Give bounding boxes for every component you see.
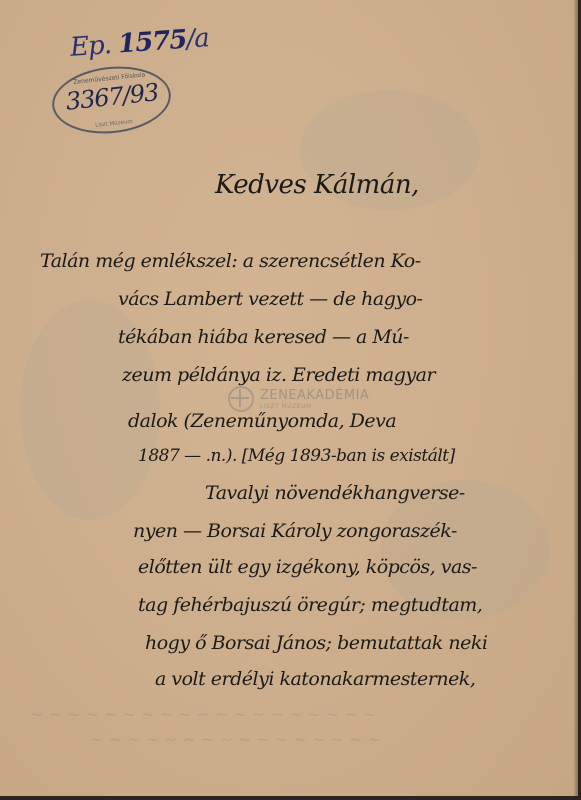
letter-salutation: Kedves Kálmán,	[215, 170, 419, 200]
letter-line: hogy ő Borsai János; bemutattak neki	[145, 632, 487, 654]
shelfmark-number: 1575	[117, 25, 187, 60]
letter-line: előtten ült egy izgékony, köpcös, vas-	[138, 556, 477, 578]
bleed-through-text: ~ ~ ~ ~ ~ ~ ~ ~ ~ ~ ~ ~ ~ ~ ~ ~	[90, 730, 381, 749]
letter-line: Talán még emlékszel: a szerencsétlen Ko-	[40, 250, 421, 272]
stamp-museum: Liszt Múzeum	[57, 115, 172, 133]
letter-line: vács Lambert vezett — de hagyo-	[118, 288, 422, 310]
letter-line: tékában hiába keresed — a Mú-	[118, 326, 409, 348]
letter-line: nyen — Borsai Károly zongoraszék-	[133, 520, 457, 542]
letter-line: Tavalyi növendékhangverse-	[205, 482, 465, 504]
bleed-through-text: ~ ~ ~ ~ ~ ~ ~ ~ ~ ~ ~ ~ ~ ~ ~ ~ ~ ~ ~	[30, 705, 376, 724]
letter-line: zeum példánya iz. Eredeti magyar	[122, 364, 435, 386]
letter-line: a volt erdélyi katonakarmesternek,	[155, 668, 475, 690]
letter-line: tag fehérbajuszú öregúr; megtudtam,	[138, 594, 482, 616]
letter-page: Ep. 1575/a Zeneművészeti Főiskola 3367/9…	[0, 0, 578, 796]
archive-shelfmark: Ep. 1575/a	[69, 23, 210, 63]
watermark-subtitle: LISZT MÚZEUM	[260, 403, 369, 410]
shelfmark-suffix: /a	[185, 23, 209, 54]
archive-stamp: Zeneművészeti Főiskola 3367/93 Liszt Múz…	[49, 61, 174, 139]
liszt-museum-logo-icon	[228, 386, 254, 412]
letter-line: 1887 — .n.). [Még 1893-ban is existált]	[138, 446, 455, 466]
zeneakademia-watermark: ZENEAKADÉMIA LISZT MÚZEUM	[228, 386, 369, 412]
shelfmark-prefix: Ep.	[69, 30, 112, 63]
letter-line: dalok (Zeneműnyomda, Deva	[128, 410, 396, 432]
watermark-title: ZENEAKADÉMIA	[260, 388, 369, 403]
